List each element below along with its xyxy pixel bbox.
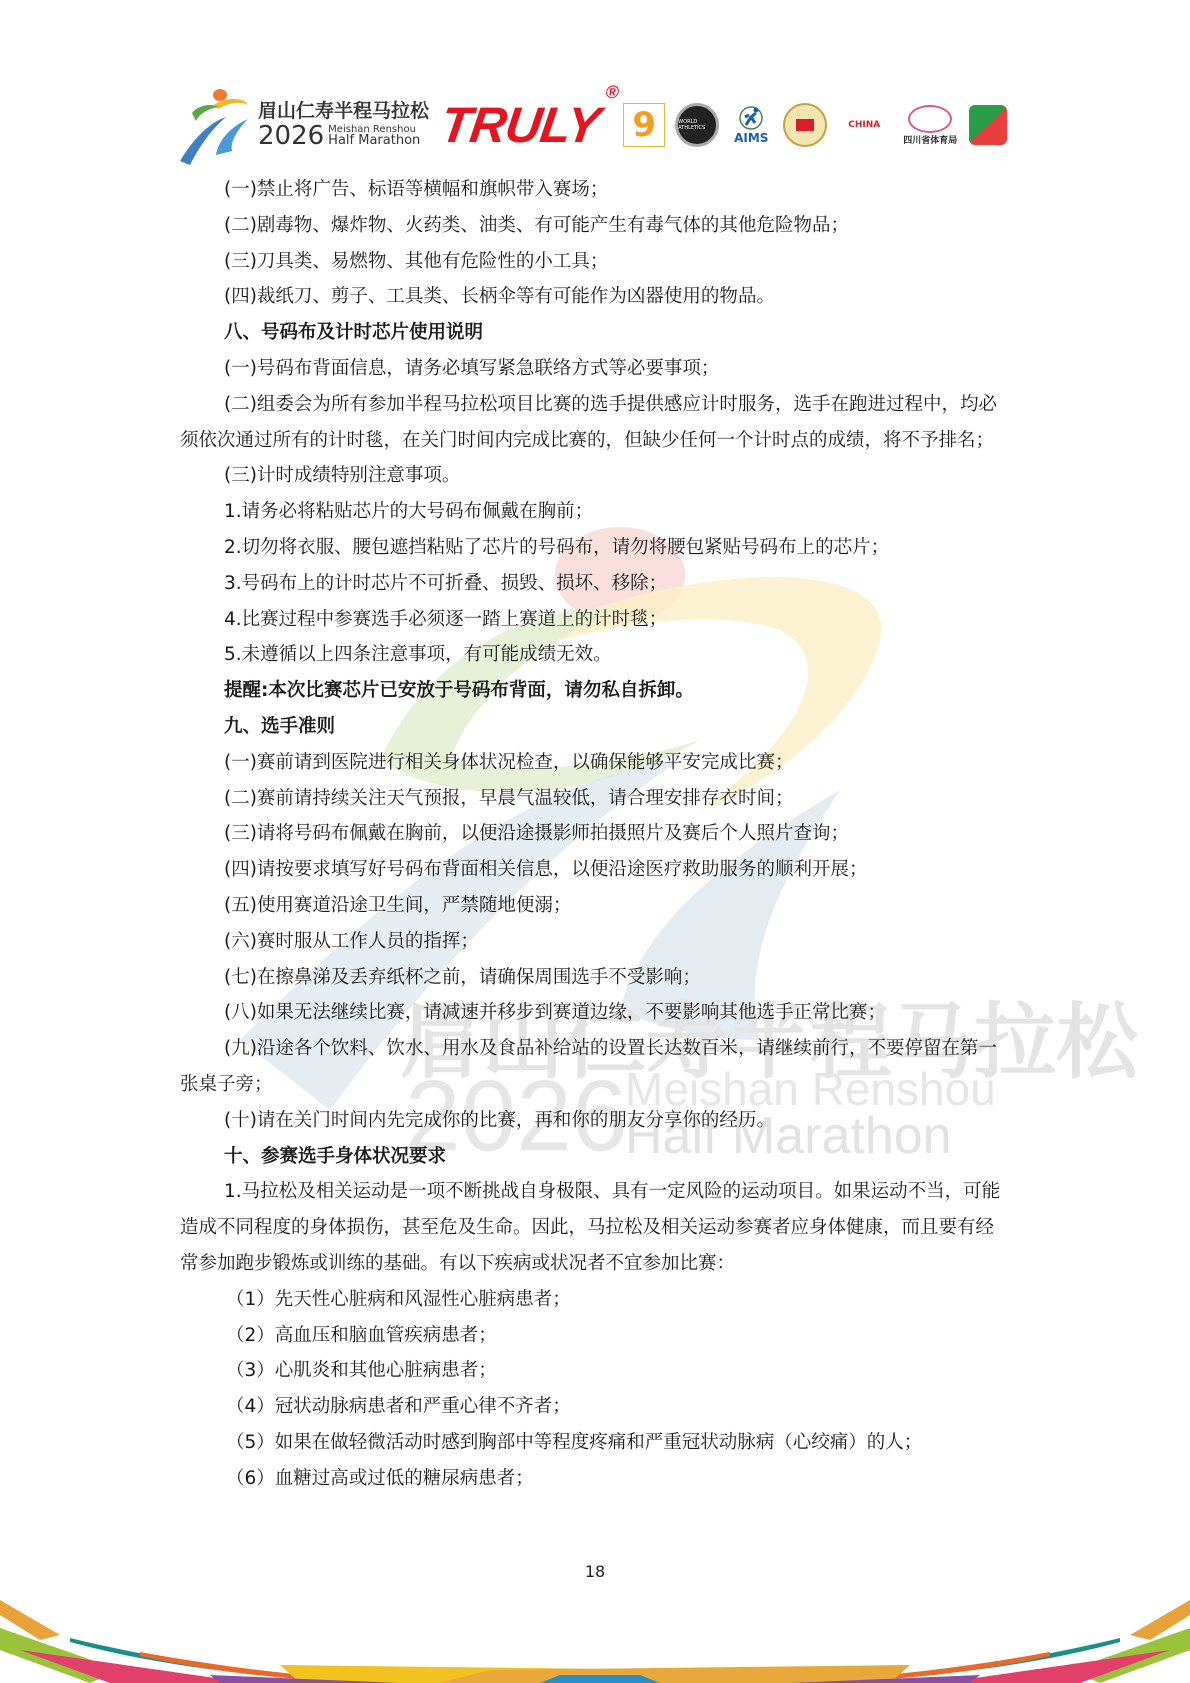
health-condition: （6）血糖过高或过低的糖尿病患者； [180,1461,1010,1497]
prohibited-item: (三)刀具类、易燃物、其他有危险性的小工具； [180,244,1010,280]
event-logo-text: 眉山仁寿半程马拉松 2026 Meishan Renshou Half Mara… [258,102,429,149]
sichuan-sports-bureau-icon: 四川省体育局 [901,103,959,147]
event-year: 2026 [258,123,324,149]
page-header: 眉山仁寿半程马拉松 2026 Meishan Renshou Half Mara… [178,84,1010,166]
page-number: 18 [0,1562,1190,1581]
china-marathon-icon: CHINA [837,103,891,147]
section-9-title: 九、选手准则 [180,709,1010,745]
footer-ribbon-decoration [0,1580,1190,1683]
aims-logo-icon: AIMS [729,103,773,147]
runner-rule: (八)如果无法继续比赛，请减速并移步到赛道边缘，不要影响其他选手正常比赛； [180,995,1010,1031]
sichuan-athletics-association-icon [969,105,1007,145]
section-8-item-1: (一)号码布背面信息，请务必填写紧急联络方式等必要事项； [180,351,1010,387]
prohibited-item: (四)裁纸刀、剪子、工具类、长柄伞等有可能作为凶器使用的物品。 [180,279,1010,315]
partner-logos: 9 WORLD ATHLETICS AIMS CHINA 四川省体育局 [623,103,1007,147]
runner-rule: (三)请将号码布佩戴在胸前，以便沿途摄影师拍摄照片及赛后个人照片查询； [180,816,1010,852]
runner-rule: (二)赛前请持续关注天气预报，早晨气温较低，请合理安排存衣时间； [180,781,1010,817]
timing-note: 5.未遵循以上四条注意事项，有可能成绩无效。 [180,637,1010,673]
runner-rule: (九)沿途各个饮料、饮水、用水及食品补给站的设置长达数百米，请继续前行，不要停留… [180,1031,1010,1103]
event-name-cn: 眉山仁寿半程马拉松 [258,102,429,121]
document-body: (一)禁止将广告、标语等横幅和旗帜带入赛场； (二)剧毒物、爆炸物、火药类、油类… [180,172,1010,1496]
timing-note: 1.请务必将粘贴芯片的大号码布佩戴在胸前； [180,494,1010,530]
chinese-athletics-association-icon [783,103,827,147]
event-name-en: Meishan Renshou Half Marathon [328,124,420,147]
event-runner-logo-icon [178,85,256,165]
runner-rule: (六)赛时服从工作人员的指挥； [180,924,1010,960]
section-8-item-2: (二)组委会为所有参加半程马拉松项目比赛的选手提供感应计时服务，选手在跑进过程中… [180,387,1010,459]
health-condition: （3）心肌炎和其他心脏病患者； [180,1353,1010,1389]
runner-rule: (十)请在关门时间内先完成你的比赛，再和你的朋友分享你的经历。 [180,1103,1010,1139]
prohibited-item: (一)禁止将广告、标语等横幅和旗帜带入赛场； [180,172,1010,208]
timing-note: 2.切勿将衣服、腰包遮挡粘贴了芯片的号码布，请勿将腰包紧贴号码布上的芯片； [180,530,1010,566]
health-condition: （2）高血压和脑血管疾病患者； [180,1318,1010,1354]
ninth-edition-badge-icon: 9 [623,103,665,147]
runner-rule: (一)赛前请到医院进行相关身体状况检查，以确保能够平安完成比赛； [180,745,1010,781]
section-8-item-3: (三)计时成绩特别注意事项。 [180,458,1010,494]
runner-rule: (七)在擦鼻涕及丢弃纸杯之前，请确保周围选手不受影响； [180,960,1010,996]
runner-rule: (四)请按要求填写好号码布背面相关信息，以便沿途医疗救助服务的顺利开展； [180,852,1010,888]
runner-rule: (五)使用赛道沿途卫生间，严禁随地便溺； [180,888,1010,924]
timing-note: 4.比赛过程中参赛选手必须逐一踏上赛道上的计时毯； [180,602,1010,638]
section-10-intro: 1.马拉松及相关运动是一项不断挑战自身极限、具有一定风险的运动项目。如果运动不当… [180,1174,1010,1281]
timing-note: 3.号码布上的计时芯片不可折叠、损毁、损坏、移除； [180,566,1010,602]
prohibited-item: (二)剧毒物、爆炸物、火药类、油类、有可能产生有毒气体的其他危险物品； [180,208,1010,244]
chip-reminder: 提醒:本次比赛芯片已安放于号码布背面，请勿私自拆卸。 [180,673,1010,709]
world-athletics-label-icon: WORLD ATHLETICS [675,103,719,147]
truly-sponsor-logo: TRULY® [437,96,617,154]
section-10-title: 十、参赛选手身体状况要求 [180,1139,1010,1175]
health-condition: （1）先天性心脏病和风湿性心脏病患者； [180,1282,1010,1318]
health-condition: （4）冠状动脉病患者和严重心律不齐者； [180,1389,1010,1425]
section-8-title: 八、号码布及计时芯片使用说明 [180,315,1010,351]
health-condition: （5）如果在做轻微活动时感到胸部中等程度疼痛和严重冠状动脉病（心绞痛）的人； [180,1425,1010,1461]
